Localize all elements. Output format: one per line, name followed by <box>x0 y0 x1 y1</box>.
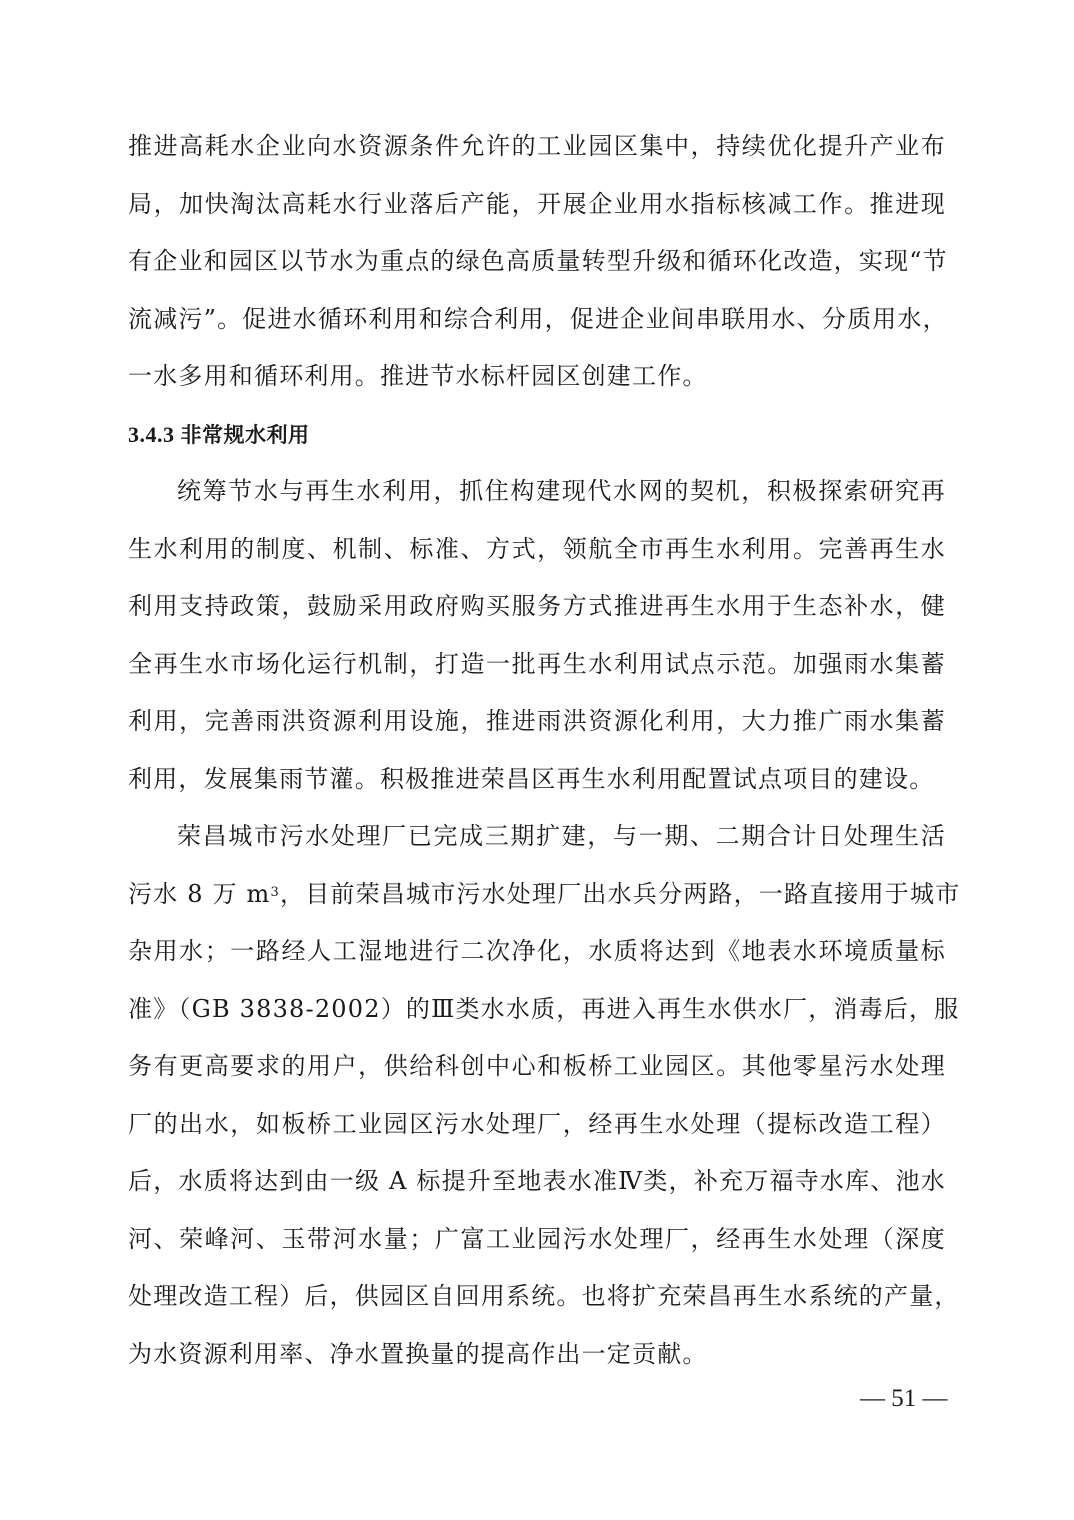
document-page: 推进高耗水企业向水资源条件允许的工业园区集中，持续优化提升产业布 局，加快淘汰高… <box>128 118 946 1383</box>
section-title: 非常规水利用 <box>181 423 310 447</box>
text-line: 厂的出水，如板桥工业园区污水处理厂，经再生水处理（提标改造工程） <box>128 1096 946 1154</box>
text-line: 为水资源利用率、净水置换量的提高作出一定贡献。 <box>128 1326 946 1384</box>
text-line: 局，加快淘汰高耗水行业落后产能，开展企业用水指标核减工作。推进现 <box>128 176 946 234</box>
text-line: 推进高耗水企业向水资源条件允许的工业园区集中，持续优化提升产业布 <box>128 118 946 176</box>
section-heading: 3.4.3 非常规水利用 <box>128 406 946 464</box>
text-line: 杂用水；一路经人工湿地进行二次净化，水质将达到《地表水环境质量标 <box>128 923 946 981</box>
text-line: 利用，发展集雨节灌。积极推进荣昌区再生水利用配置试点项目的建设。 <box>128 751 946 809</box>
text-line: 全再生水市场化运行机制，打造一批再生水利用试点示范。加强雨水集蓄 <box>128 636 946 694</box>
paragraph-sewage-plant: 荣昌城市污水处理厂已完成三期扩建，与一期、二期合计日处理生活 污水 8 万 m3… <box>128 808 946 1383</box>
text-line: 统筹节水与再生水利用，抓住构建现代水网的契机，积极探索研究再 <box>128 463 946 521</box>
text-line: 污水 8 万 m3，目前荣昌城市污水处理厂出水兵分两路，一路直接用于城市 <box>128 866 946 924</box>
paragraph-reclaimed-water: 统筹节水与再生水利用，抓住构建现代水网的契机，积极探索研究再 生水利用的制度、机… <box>128 463 946 808</box>
text-line: 后，水质将达到由一级 A 标提升至地表水准Ⅳ类，补充万福寺水库、池水 <box>128 1153 946 1211</box>
superscript: 3 <box>271 885 280 900</box>
section-number: 3.4.3 <box>128 422 175 447</box>
text-line: 准》（GB 3838-2002）的Ⅲ类水水质，再进入再生水供水厂，消毒后，服 <box>128 981 946 1039</box>
text-line: 利用支持政策，鼓励采用政府购买服务方式推进再生水用于生态补水，健 <box>128 578 946 636</box>
text-fragment: 污水 8 万 m <box>128 880 271 908</box>
text-line: 有企业和园区以节水为重点的绿色高质量转型升级和循环化改造，实现“节 <box>128 233 946 291</box>
text-line: 处理改造工程）后，供园区自回用系统。也将扩充荣昌再生水系统的产量， <box>128 1268 946 1326</box>
text-line: 利用，完善雨洪资源利用设施，推进雨洪资源化利用，大力推广雨水集蓄 <box>128 693 946 751</box>
text-line: 一水多用和循环利用。推进节水标杆园区创建工作。 <box>128 348 946 406</box>
text-line: 河、荣峰河、玉带河水量；广富工业园污水处理厂，经再生水处理（深度 <box>128 1211 946 1269</box>
page-number: — 51 — <box>860 1385 948 1413</box>
paragraph-industrial-water: 推进高耗水企业向水资源条件允许的工业园区集中，持续优化提升产业布 局，加快淘汰高… <box>128 118 946 406</box>
text-line: 生水利用的制度、机制、标准、方式，领航全市再生水利用。完善再生水 <box>128 521 946 579</box>
text-fragment: ，目前荣昌城市污水处理厂出水兵分两路，一路直接用于城市 <box>280 880 960 908</box>
text-line: 荣昌城市污水处理厂已完成三期扩建，与一期、二期合计日处理生活 <box>128 808 946 866</box>
text-line: 务有更高要求的用户，供给科创中心和板桥工业园区。其他零星污水处理 <box>128 1038 946 1096</box>
text-line: 流减污”。促进水循环利用和综合利用，促进企业间串联用水、分质用水， <box>128 291 946 349</box>
